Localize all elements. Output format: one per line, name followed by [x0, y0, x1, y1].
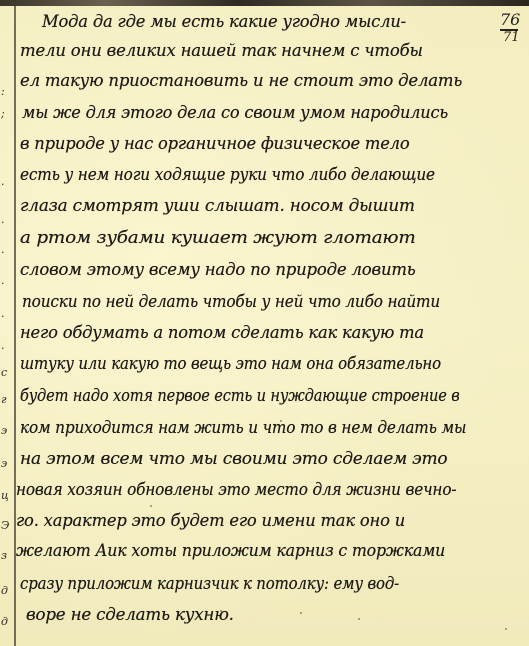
page-sub-number: 71	[503, 31, 520, 44]
text-line: желают Аик хоты приложим карниз с торжка…	[16, 541, 445, 561]
text-line: новая хозяин обновлены это место для жиз…	[16, 480, 456, 500]
margin-mark: .	[1, 340, 5, 351]
text-line: поиски по ней делать чтобы у ней что либ…	[22, 292, 440, 312]
text-line: сразу приложим карнизчик к потолку: ему …	[20, 574, 399, 594]
margin-mark: :	[1, 86, 5, 97]
manuscript-page: : ; . . . . . . с г э э ц Э з д д 76 71 …	[0, 0, 529, 646]
margin-mark: .	[1, 308, 5, 319]
page-number: 76	[500, 12, 520, 28]
scan-speckle	[220, 610, 222, 612]
left-margin-marks: : ; . . . . . . с г э э ц Э з д д	[0, 0, 14, 646]
scan-speckle	[505, 628, 507, 630]
text-line: него обдумать а потом сделать как какую …	[20, 323, 424, 343]
text-line: ел такую приостановить и не стоит это де…	[20, 71, 462, 91]
margin-mark: з	[1, 550, 7, 561]
margin-mark: .	[1, 244, 5, 255]
margin-mark: ;	[1, 108, 5, 119]
text-line: а ртом зубами кушает жуют глотают	[20, 228, 416, 248]
margin-mark: Э	[1, 520, 9, 531]
text-line: тели они великих нашей так начнем с чтоб…	[20, 41, 423, 61]
text-line: Мода да где мы есть какие угодно мысли-	[42, 12, 406, 32]
text-line: есть у нем ноги ходящие руки что либо де…	[20, 165, 435, 185]
scan-speckle	[300, 612, 302, 614]
margin-mark: .	[1, 275, 5, 286]
text-line: в природе у нас органичное физическое те…	[20, 134, 410, 154]
margin-mark: ц	[1, 490, 9, 501]
margin-mark: .	[1, 214, 5, 225]
text-line: будет надо хотя первое есть и нуждающие …	[20, 386, 460, 406]
margin-mark: г	[1, 394, 7, 405]
text-line: го. характер это будет его имени так оно…	[16, 511, 405, 531]
margin-mark: э	[1, 425, 7, 436]
text-line: штуку или какую то вещь это нам она обяз…	[20, 354, 441, 374]
text-line: глаза смотрят уши слышат. носом дышит	[20, 196, 415, 216]
margin-mark: .	[1, 176, 5, 187]
margin-mark: с	[1, 367, 7, 378]
text-line: мы же для этого дела со своим умом народ…	[22, 103, 448, 123]
text-line: на этом всем что мы своими это сделаем э…	[20, 449, 447, 469]
scan-speckle	[280, 420, 282, 422]
margin-mark: д	[1, 585, 8, 596]
scan-speckle	[150, 505, 152, 507]
margin-mark: д	[1, 616, 8, 627]
text-line: воре не сделать кухню.	[26, 605, 234, 625]
scan-speckle	[358, 618, 360, 620]
text-line: ком приходится нам жить и что то в нем д…	[20, 418, 466, 438]
text-line: словом этому всему надо по природе ловит…	[20, 260, 416, 280]
scan-top-edge	[0, 0, 529, 6]
margin-mark: э	[1, 458, 7, 469]
